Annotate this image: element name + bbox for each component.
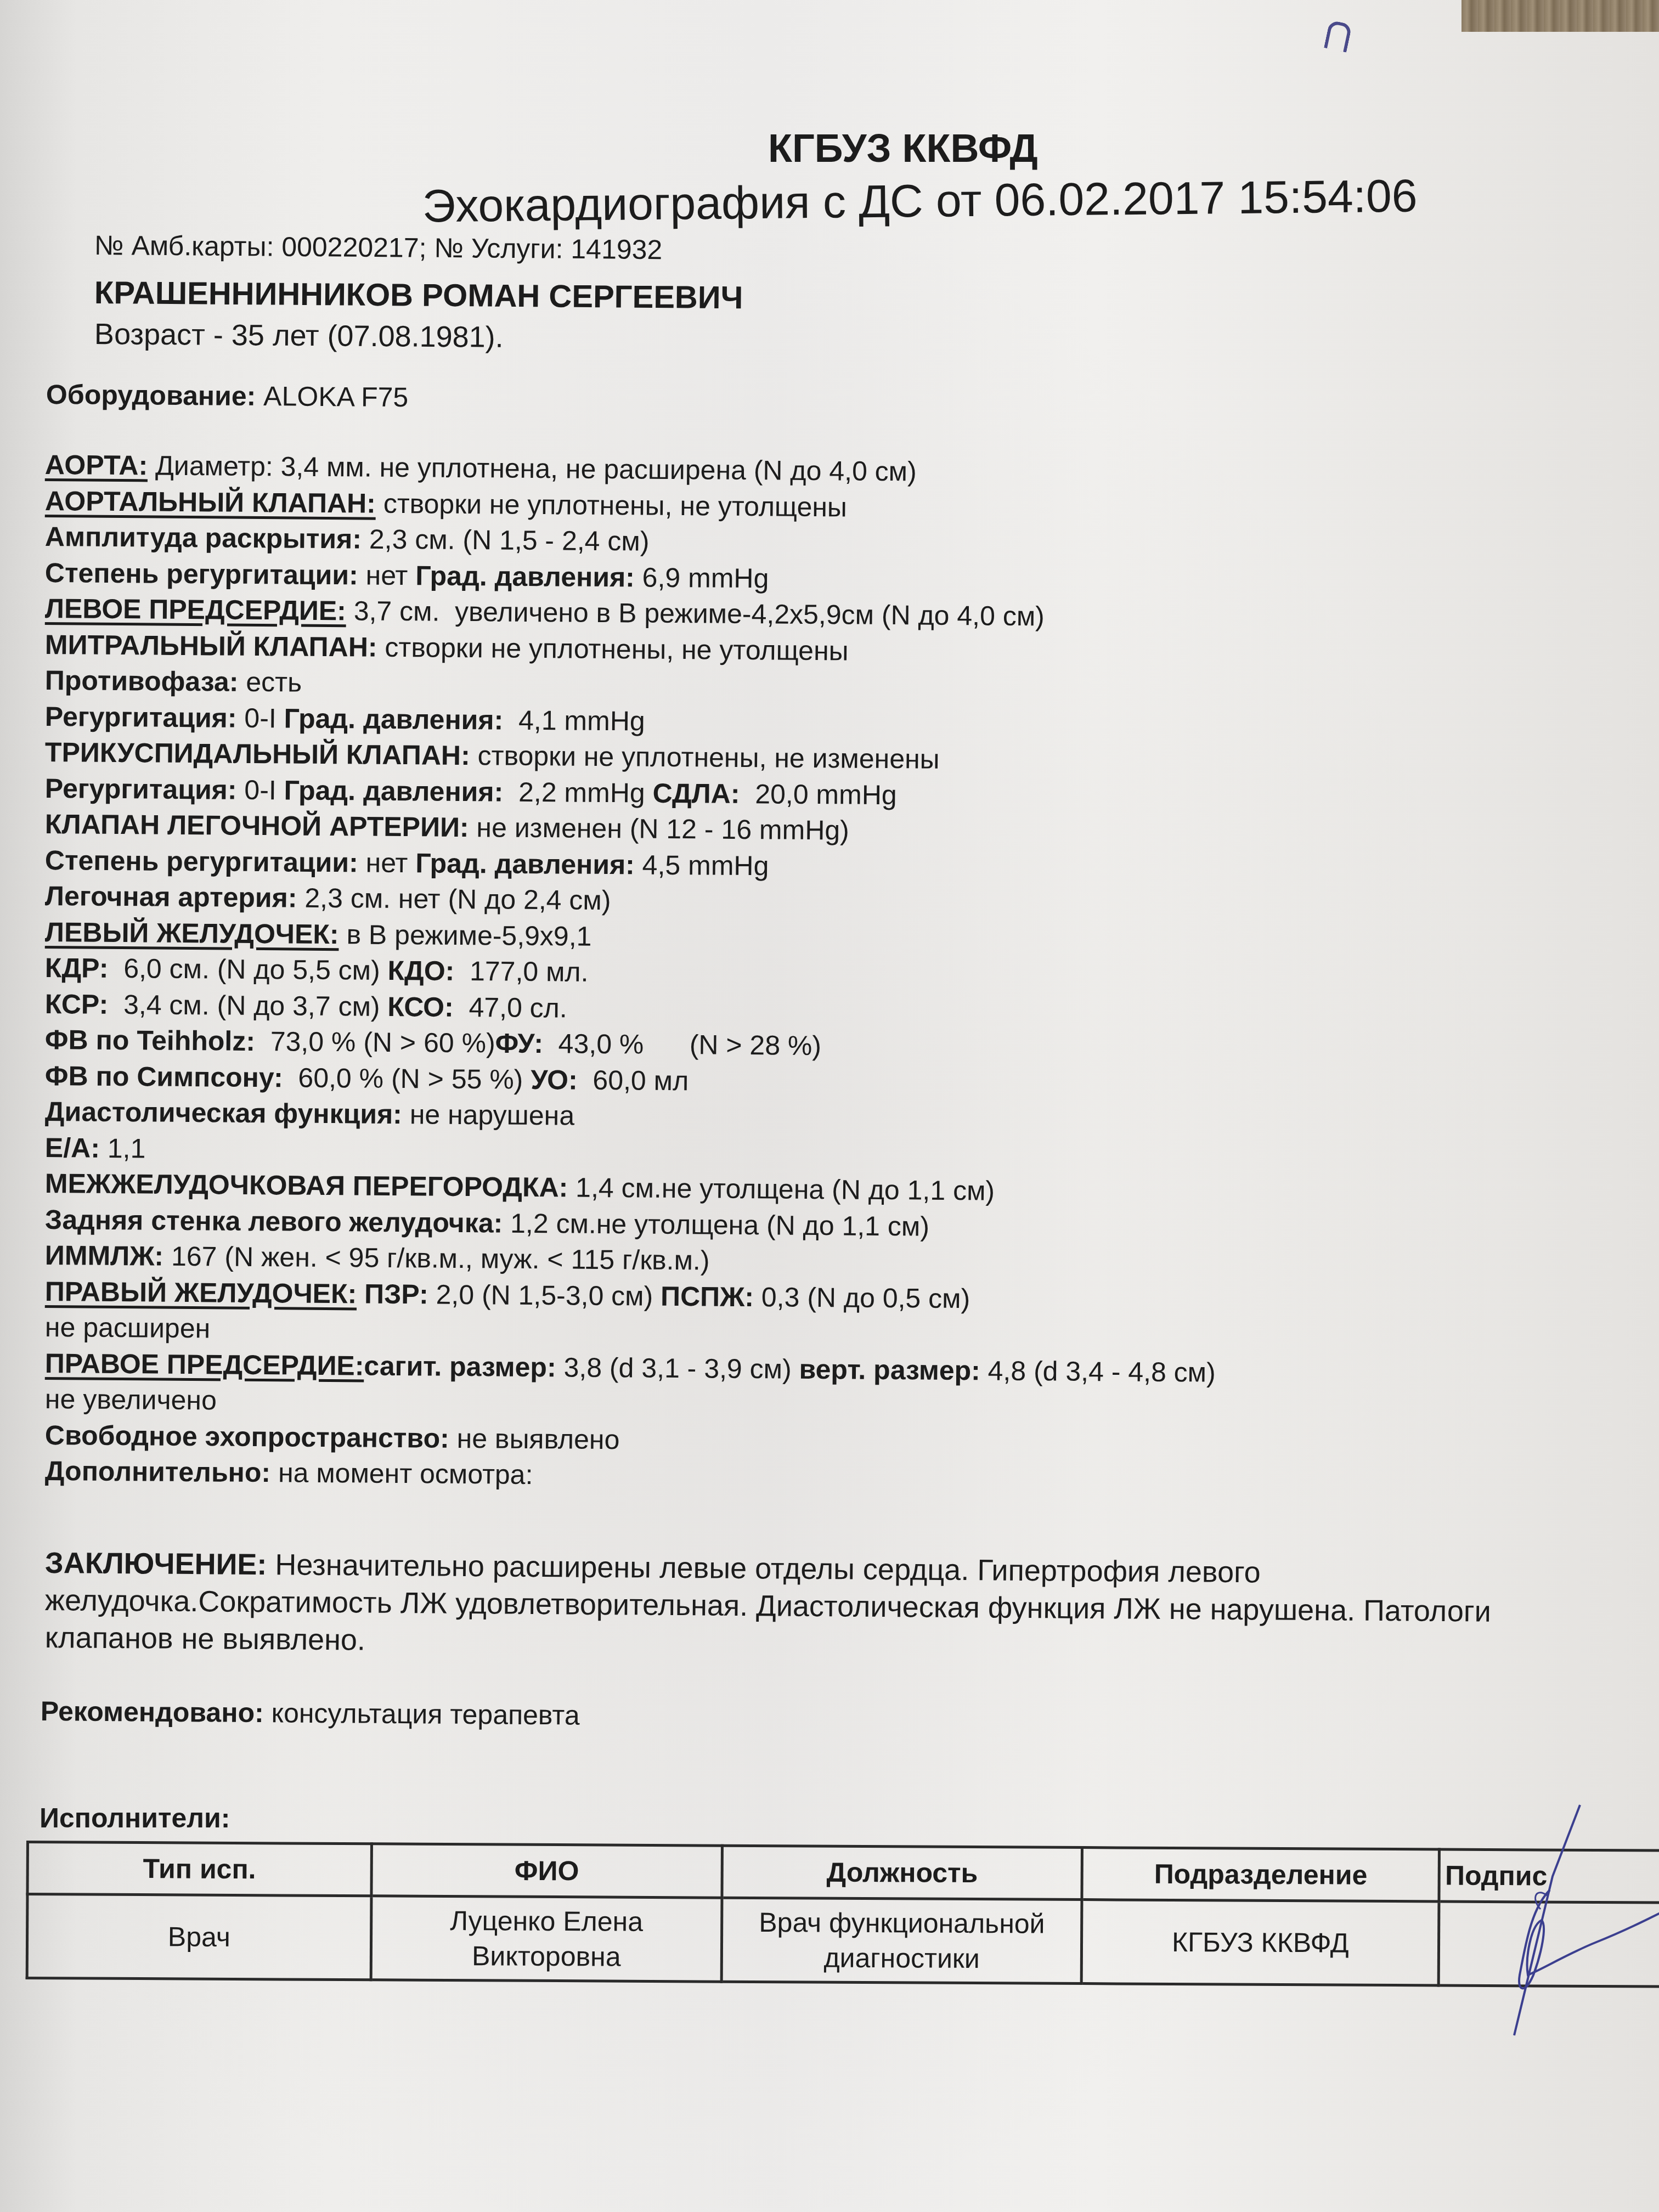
finding-value: 2,2 mmHg [503,776,653,808]
finding-value: нет [358,847,416,878]
recommendation-value: консультация терапевта [263,1697,579,1731]
finding-label: Амплитуда раскрытия: [45,521,362,555]
finding-label: КСО: [387,991,454,1022]
finding-line: КСР: 3,4 см. (N до 3,7 см) КСО: 47,0 сл. [45,988,567,1024]
finding-value: 2,3 см. (N 1,5 - 2,4 см) [362,524,650,557]
equipment: Оборудование: ALOKA F75 [46,379,409,413]
finding-value: 3,8 (d 3,1 - 3,9 см) [556,1352,799,1384]
finding-label: Е/А: [45,1132,100,1164]
finding-value: 6,9 mmHg [635,562,769,594]
finding-value: Диаметр: 3,4 мм. не уплотнена, не расшир… [148,450,917,487]
finding-line: АОРТАЛЬНЫЙ КЛАПАН: створки не уплотнены,… [45,485,847,523]
finding-label: ИММЛЖ: [45,1240,164,1272]
finding-label: Степень регургитации: [45,845,358,878]
finding-value: 3,4 см. (N до 3,7 см) [108,989,388,1022]
col-signature: Подпис [1439,1849,1659,1903]
finding-label: Задняя стенка левого желудочка: [45,1204,503,1239]
finding-value [357,1278,364,1309]
finding-line: Амплитуда раскрытия: 2,3 см. (N 1,5 - 2,… [45,521,650,557]
finding-line: Степень регургитации: нет Град. давления… [45,844,769,882]
finding-line: ЛЕВЫЙ ЖЕЛУДОЧЕК: в В режиме-5,9х9,1 [45,916,592,952]
patient-name: КРАШЕННИННИКОВ РОМАН СЕРГЕЕВИЧ [94,274,743,316]
finding-label: Степень регургитации: [45,557,358,590]
finding-value: 0-I [236,702,284,733]
finding-label: ФВ по Teihholz: [45,1024,255,1057]
table-row: Врач Луценко Елена Викторовна Врач функц… [27,1894,1659,1987]
finding-line: ФВ по Симпсону: 60,0 % (N > 55 %) УО: 60… [45,1060,689,1097]
finding-line: Степень регургитации: нет Град. давления… [45,557,769,594]
finding-label: КДО: [387,955,454,986]
performers-table: Тип исп. ФИО Должность Подразделение Под… [26,1841,1659,1988]
finding-label: верт. размер: [799,1353,980,1386]
patient-age: Возраст - 35 лет (07.08.1981). [94,317,504,354]
finding-label: ЛЕВЫЙ ЖЕЛУДОЧЕК: [45,917,339,950]
finding-value: створки не уплотнены, не изменены [470,740,940,775]
finding-value: 1,1 [100,1132,146,1164]
finding-label: МЕЖЖЕЛУДОЧКОВАЯ ПЕРЕГОРОДКА: [45,1168,568,1203]
finding-line: Регургитация: 0-I Град. давления: 4,1 mm… [45,701,645,737]
col-name: ФИО [371,1844,723,1898]
finding-label: КСР: [45,989,109,1020]
finding-line: Задняя стенка левого желудочка: 1,2 см.н… [45,1204,929,1243]
finding-line: Дополнительно: на момент осмотра: [45,1455,533,1491]
finding-value: 3,7 см. увеличено в В режиме-4,2х5,9см (… [346,595,1045,631]
finding-label: Град. давления: [284,775,504,807]
finding-value: нет [358,560,416,591]
finding-label: Диастолическая функция: [45,1096,402,1130]
equipment-value: ALOKA F75 [263,381,408,413]
finding-line: Регургитация: 0-I Град. давления: 2,2 mm… [45,772,897,811]
finding-value: 0-I [236,774,284,805]
finding-line: Противофаза: есть [45,664,302,698]
finding-label: Дополнительно: [45,1455,271,1488]
finding-label: сагит. размер: [364,1350,556,1383]
finding-value: не изменен (N 12 - 16 mmHg) [469,812,849,845]
finding-line: не увеличено [45,1383,217,1416]
equipment-label: Оборудование: [46,379,256,411]
table-surface [1462,0,1659,32]
finding-value: 167 (N жен. < 95 г/кв.м., муж. < 115 г/к… [163,1241,710,1276]
finding-value: в В режиме-5,9х9,1 [338,919,591,952]
finding-label: Противофаза: [45,665,239,697]
cell-signature [1439,1901,1659,1987]
col-type: Тип исп. [27,1842,371,1896]
finding-line: Свободное эхопространство: не выявлено [45,1419,620,1455]
finding-label: Град. давления: [415,560,635,592]
finding-label: ПЗР: [364,1278,428,1310]
finding-label: Легочная артерия: [45,881,297,913]
conclusion-text-1: Незначительно расширены левые отделы сер… [267,1548,1261,1589]
cell-position: Врач функциональной диагностики [721,1898,1082,1983]
finding-value: не увеличено [45,1384,217,1415]
finding-value: 1,4 см.не утолщена (N до 1,1 см) [568,1172,995,1206]
finding-value: есть [238,667,302,698]
finding-value: 4,1 mmHg [503,704,645,736]
finding-label: АОРТА: [45,449,148,481]
finding-label: ПРАВЫЙ ЖЕЛУДОЧЕК: [45,1276,357,1309]
cell-name: Луценко Елена Викторовна [371,1896,722,1982]
finding-label: Регургитация: [45,773,237,805]
finding-label: УО: [531,1064,578,1095]
finding-line: Диастолическая функция: не нарушена [45,1096,575,1132]
conclusion-text-3: клапанов не выявлено. [45,1621,366,1657]
finding-label: Свободное эхопространство: [45,1420,449,1454]
finding-label: ТРИКУСПИДАЛЬНЫЙ КЛАПАН: [45,737,470,771]
finding-value: 2,0 (N 1,5-3,0 см) [428,1279,661,1311]
finding-line: ФВ по Teihholz: 73,0 % (N > 60 %)ФУ: 43,… [45,1024,822,1062]
finding-value: 43,0 % (N > 28 %) [543,1028,822,1061]
institution-title: КГБУЗ ККВФД [768,126,1038,171]
finding-value: 4,5 mmHg [635,849,769,881]
finding-value: 1,2 см.не утолщена (N до 1,1 см) [503,1207,929,1242]
finding-value: не выявлено [449,1423,620,1454]
recommendation-label: Рекомендовано: [41,1696,264,1728]
finding-label: Регургитация: [45,701,237,733]
finding-label: Град. давления: [415,848,635,880]
finding-label: ПСПЖ: [661,1280,754,1312]
finding-value: створки не уплотнены, не утолщены [376,488,847,522]
finding-value: 47,0 сл. [454,991,567,1023]
finding-label: МИТРАЛЬНЫЙ КЛАПАН: [45,629,377,663]
finding-line: КЛАПАН ЛЕГОЧНОЙ АРТЕРИИ: не изменен (N 1… [45,808,849,847]
finding-label: ФУ: [495,1028,543,1059]
finding-value: 6,0 см. (N до 5,5 см) [108,953,388,986]
finding-line: МИТРАЛЬНЫЙ КЛАПАН: створки не уплотнены,… [45,629,849,667]
performers-header-row: Тип исп. ФИО Должность Подразделение Под… [27,1842,1659,1903]
finding-label: АОРТАЛЬНЫЙ КЛАПАН: [45,486,376,519]
performers-title: Исполнители: [39,1802,230,1834]
finding-value: не расширен [45,1312,211,1344]
finding-value: 2,3 см. нет (N до 2,4 см) [297,883,611,916]
finding-value: не нарушена [402,1099,575,1131]
col-department: Подразделение [1082,1848,1440,1901]
finding-value: створки не уплотнены, не утолщены [377,631,848,666]
cell-type: Врач [27,1894,371,1980]
finding-line: Легочная артерия: 2,3 см. нет (N до 2,4 … [45,880,611,916]
finding-label: ПРАВОЕ ПРЕДСЕРДИЕ: [45,1348,364,1381]
col-position: Должность [722,1846,1082,1899]
card-service-numbers: № Амб.карты: 000220217; № Услуги: 141932 [94,229,663,266]
finding-line: КДР: 6,0 см. (N до 5,5 см) КДО: 177,0 мл… [45,952,589,988]
finding-value: 20,0 mmHg [740,778,897,810]
finding-label: СДЛА: [652,777,740,809]
cell-department: КГБУЗ ККВФД [1081,1900,1439,1985]
conclusion-label: ЗАКЛЮЧЕНИЕ: [45,1547,267,1581]
finding-value: на момент осмотра: [270,1457,533,1490]
recommendation: Рекомендовано: консультация терапевта [41,1695,580,1731]
finding-line: не расширен [45,1311,211,1344]
finding-value: 73,0 % (N > 60 %) [255,1026,495,1058]
finding-value: 60,0 мл [577,1064,689,1096]
exam-title: Эхокардиография с ДС от 06.02.2017 15:54… [422,170,1418,233]
finding-label: КЛАПАН ЛЕГОЧНОЙ АРТЕРИИ: [45,809,469,843]
finding-value: 60,0 % (N > 55 %) [283,1062,531,1095]
finding-value: 177,0 мл. [454,956,589,988]
finding-value: 4,8 (d 3,4 - 4,8 см) [980,1355,1216,1387]
finding-line: Е/А: 1,1 [45,1132,146,1164]
finding-label: КДР: [45,952,109,984]
finding-label: Град. давления: [284,703,504,735]
finding-line: ИММЛЖ: 167 (N жен. < 95 г/кв.м., муж. < … [45,1239,710,1277]
finding-value: 0,3 (N до 0,5 см) [754,1282,970,1314]
finding-label: ФВ по Симпсону: [45,1060,283,1093]
finding-label: ЛЕВОЕ ПРЕДСЕРДИЕ: [45,593,346,626]
